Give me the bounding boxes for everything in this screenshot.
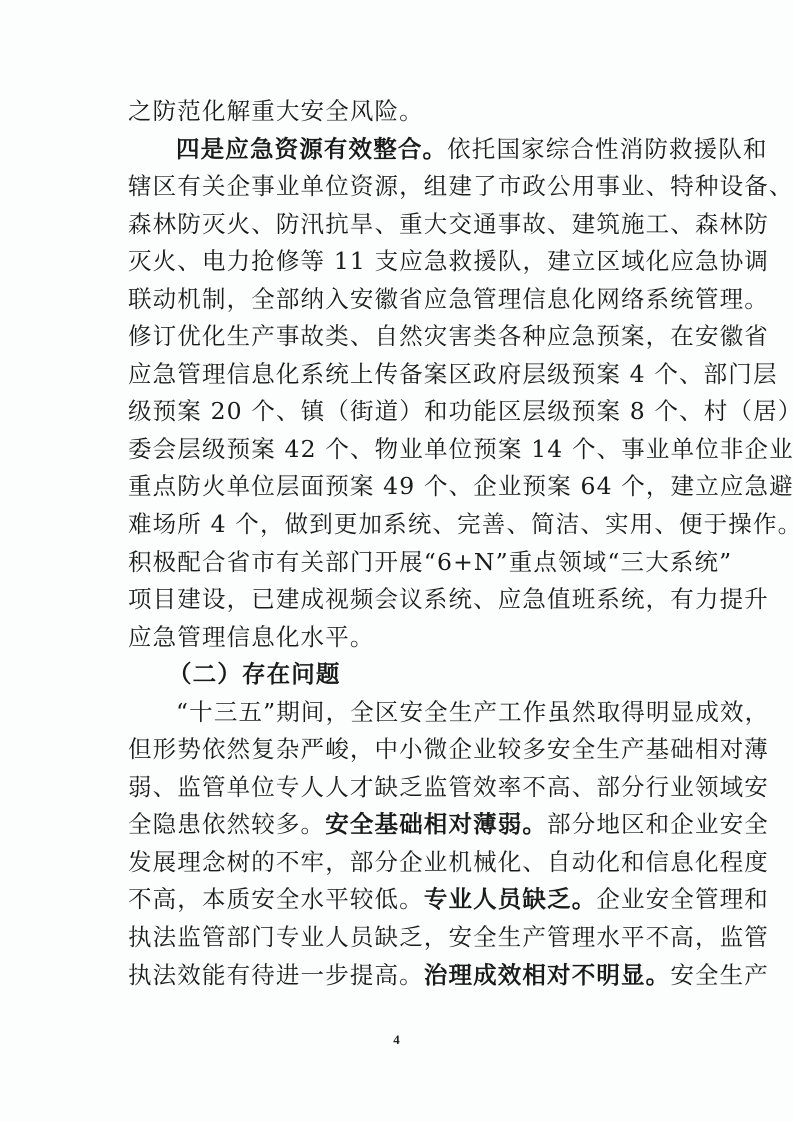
bold-lead-in: 四是应急资源有效整合。	[176, 135, 447, 163]
text-run: 安全生产	[670, 961, 769, 989]
paragraph-line: 但形势依然复杂严峻，中小微企业较多安全生产基础相对薄	[128, 731, 688, 769]
bold-lead-in: 安全基础相对薄弱。	[325, 810, 547, 838]
paragraph-line: 联动机制，全部纳入安徽省应急管理信息化网络系统管理。	[128, 281, 688, 319]
paragraph-line: 发展理念树的不牢，部分企业机械化、自动化和信息化程度	[128, 844, 688, 882]
text-run: 但形势依然复杂严峻，中小微企业较多安全生产基础相对薄	[128, 735, 769, 763]
paragraph-start-line: “十三五”期间，全区安全生产工作虽然取得明显成效，	[128, 694, 688, 732]
paragraph-line: 执法监管部门专业人员缺乏，安全生产管理水平不高，监管	[128, 919, 688, 957]
text-run: 企业安全管理和	[596, 885, 769, 913]
paragraph-line: 辖区有关企事业单位资源，组建了市政公用事业、特种设备、	[128, 168, 688, 206]
paragraph-line: 重点防火单位层面预案 49 个、企业预案 64 个，建立应急避	[128, 468, 688, 506]
text-run: 灭火、电力抢修等 11 支应急救援队，建立区域化应急协调	[128, 247, 769, 275]
paragraph-start-line: 四是应急资源有效整合。依托国家综合性消防救援队和	[128, 131, 688, 169]
text-run: 执法监管部门专业人员缺乏，安全生产管理水平不高，监管	[128, 923, 769, 951]
paragraph-line: 应急管理信息化水平。	[128, 619, 688, 657]
paragraph-line: 应急管理信息化系统上传备案区政府层级预案 4 个、部门层	[128, 356, 688, 394]
text-run: 联动机制，全部纳入安徽省应急管理信息化网络系统管理。	[128, 285, 769, 313]
paragraph-line: 项目建设，已建成视频会议系统、应急值班系统，有力提升	[128, 581, 688, 619]
text-run: 森林防灭火、防汛抗旱、重大交通事故、建筑施工、森林防	[128, 210, 769, 238]
text-run: 辖区有关企事业单位资源，组建了市政公用事业、特种设备、	[128, 172, 793, 200]
paragraph-line: 难场所 4 个，做到更加系统、完善、简洁、实用、便于操作。	[128, 506, 688, 544]
section-heading-text: （二）存在问题	[168, 660, 341, 688]
paragraph-line: 委会层级预案 42 个、物业单位预案 14 个、事业单位非企业	[128, 431, 688, 469]
document-page: 之防范化解重大安全风险。 四是应急资源有效整合。依托国家综合性消防救援队和 辖区…	[0, 0, 793, 1122]
page-number: 4	[0, 1032, 793, 1048]
text-run: 委会层级预案 42 个、物业单位预案 14 个、事业单位非企业	[128, 435, 793, 463]
text-run: 应急管理信息化水平。	[128, 623, 375, 651]
paragraph-line: 森林防灭火、防汛抗旱、重大交通事故、建筑施工、森林防	[128, 206, 688, 244]
text-run: 依托国家综合性消防救援队和	[447, 135, 767, 163]
text-run: 发展理念树的不牢，部分企业机械化、自动化和信息化程度	[128, 848, 769, 876]
text-run: 难场所 4 个，做到更加系统、完善、简洁、实用、便于操作。	[128, 510, 793, 538]
paragraph-line: 积极配合省市有关部门开展“6+N”重点领域“三大系统”	[128, 544, 688, 582]
text-run: 弱、监管单位专人人才缺乏监管效率不高、部分行业领域安	[128, 773, 769, 801]
paragraph-line: 级预案 20 个、镇（街道）和功能区层级预案 8 个、村（居）	[128, 393, 688, 431]
text-run: 重点防火单位层面预案 49 个、企业预案 64 个，建立应急避	[128, 472, 793, 500]
paragraph-line: 修订优化生产事故类、自然灾害类各种应急预案，在安徽省	[128, 318, 688, 356]
text-run: 积极配合省市有关部门开展“6+N”重点领域“三大系统”	[128, 548, 732, 576]
paragraph-line: 灭火、电力抢修等 11 支应急救援队，建立区域化应急协调	[128, 243, 688, 281]
text-run: 执法效能有待进一步提高。	[128, 961, 424, 989]
body-text: 之防范化解重大安全风险。 四是应急资源有效整合。依托国家综合性消防救援队和 辖区…	[128, 93, 688, 994]
paragraph-line: 执法效能有待进一步提高。治理成效相对不明显。安全生产	[128, 957, 688, 995]
text-run: 不高，本质安全水平较低。	[128, 885, 424, 913]
text-run: 级预案 20 个、镇（街道）和功能区层级预案 8 个、村（居）	[128, 397, 793, 425]
text-run: 全隐患依然较多。	[128, 810, 325, 838]
bold-lead-in: 专业人员缺乏。	[424, 885, 597, 913]
section-heading: （二）存在问题	[128, 656, 688, 694]
text-run: 部分地区和企业安全	[547, 810, 769, 838]
paragraph-line: 之防范化解重大安全风险。	[128, 93, 688, 131]
bold-lead-in: 治理成效相对不明显。	[424, 961, 671, 989]
text-run: 之防范化解重大安全风险。	[128, 97, 424, 125]
text-run: “十三五”期间，全区安全生产工作虽然取得明显成效，	[176, 698, 769, 726]
text-run: 项目建设，已建成视频会议系统、应急值班系统，有力提升	[128, 585, 769, 613]
paragraph-line: 弱、监管单位专人人才缺乏监管效率不高、部分行业领域安	[128, 769, 688, 807]
text-run: 修订优化生产事故类、自然灾害类各种应急预案，在安徽省	[128, 322, 769, 350]
paragraph-line: 不高，本质安全水平较低。专业人员缺乏。企业安全管理和	[128, 881, 688, 919]
paragraph-line: 全隐患依然较多。安全基础相对薄弱。部分地区和企业安全	[128, 806, 688, 844]
text-run: 应急管理信息化系统上传备案区政府层级预案 4 个、部门层	[128, 360, 778, 388]
